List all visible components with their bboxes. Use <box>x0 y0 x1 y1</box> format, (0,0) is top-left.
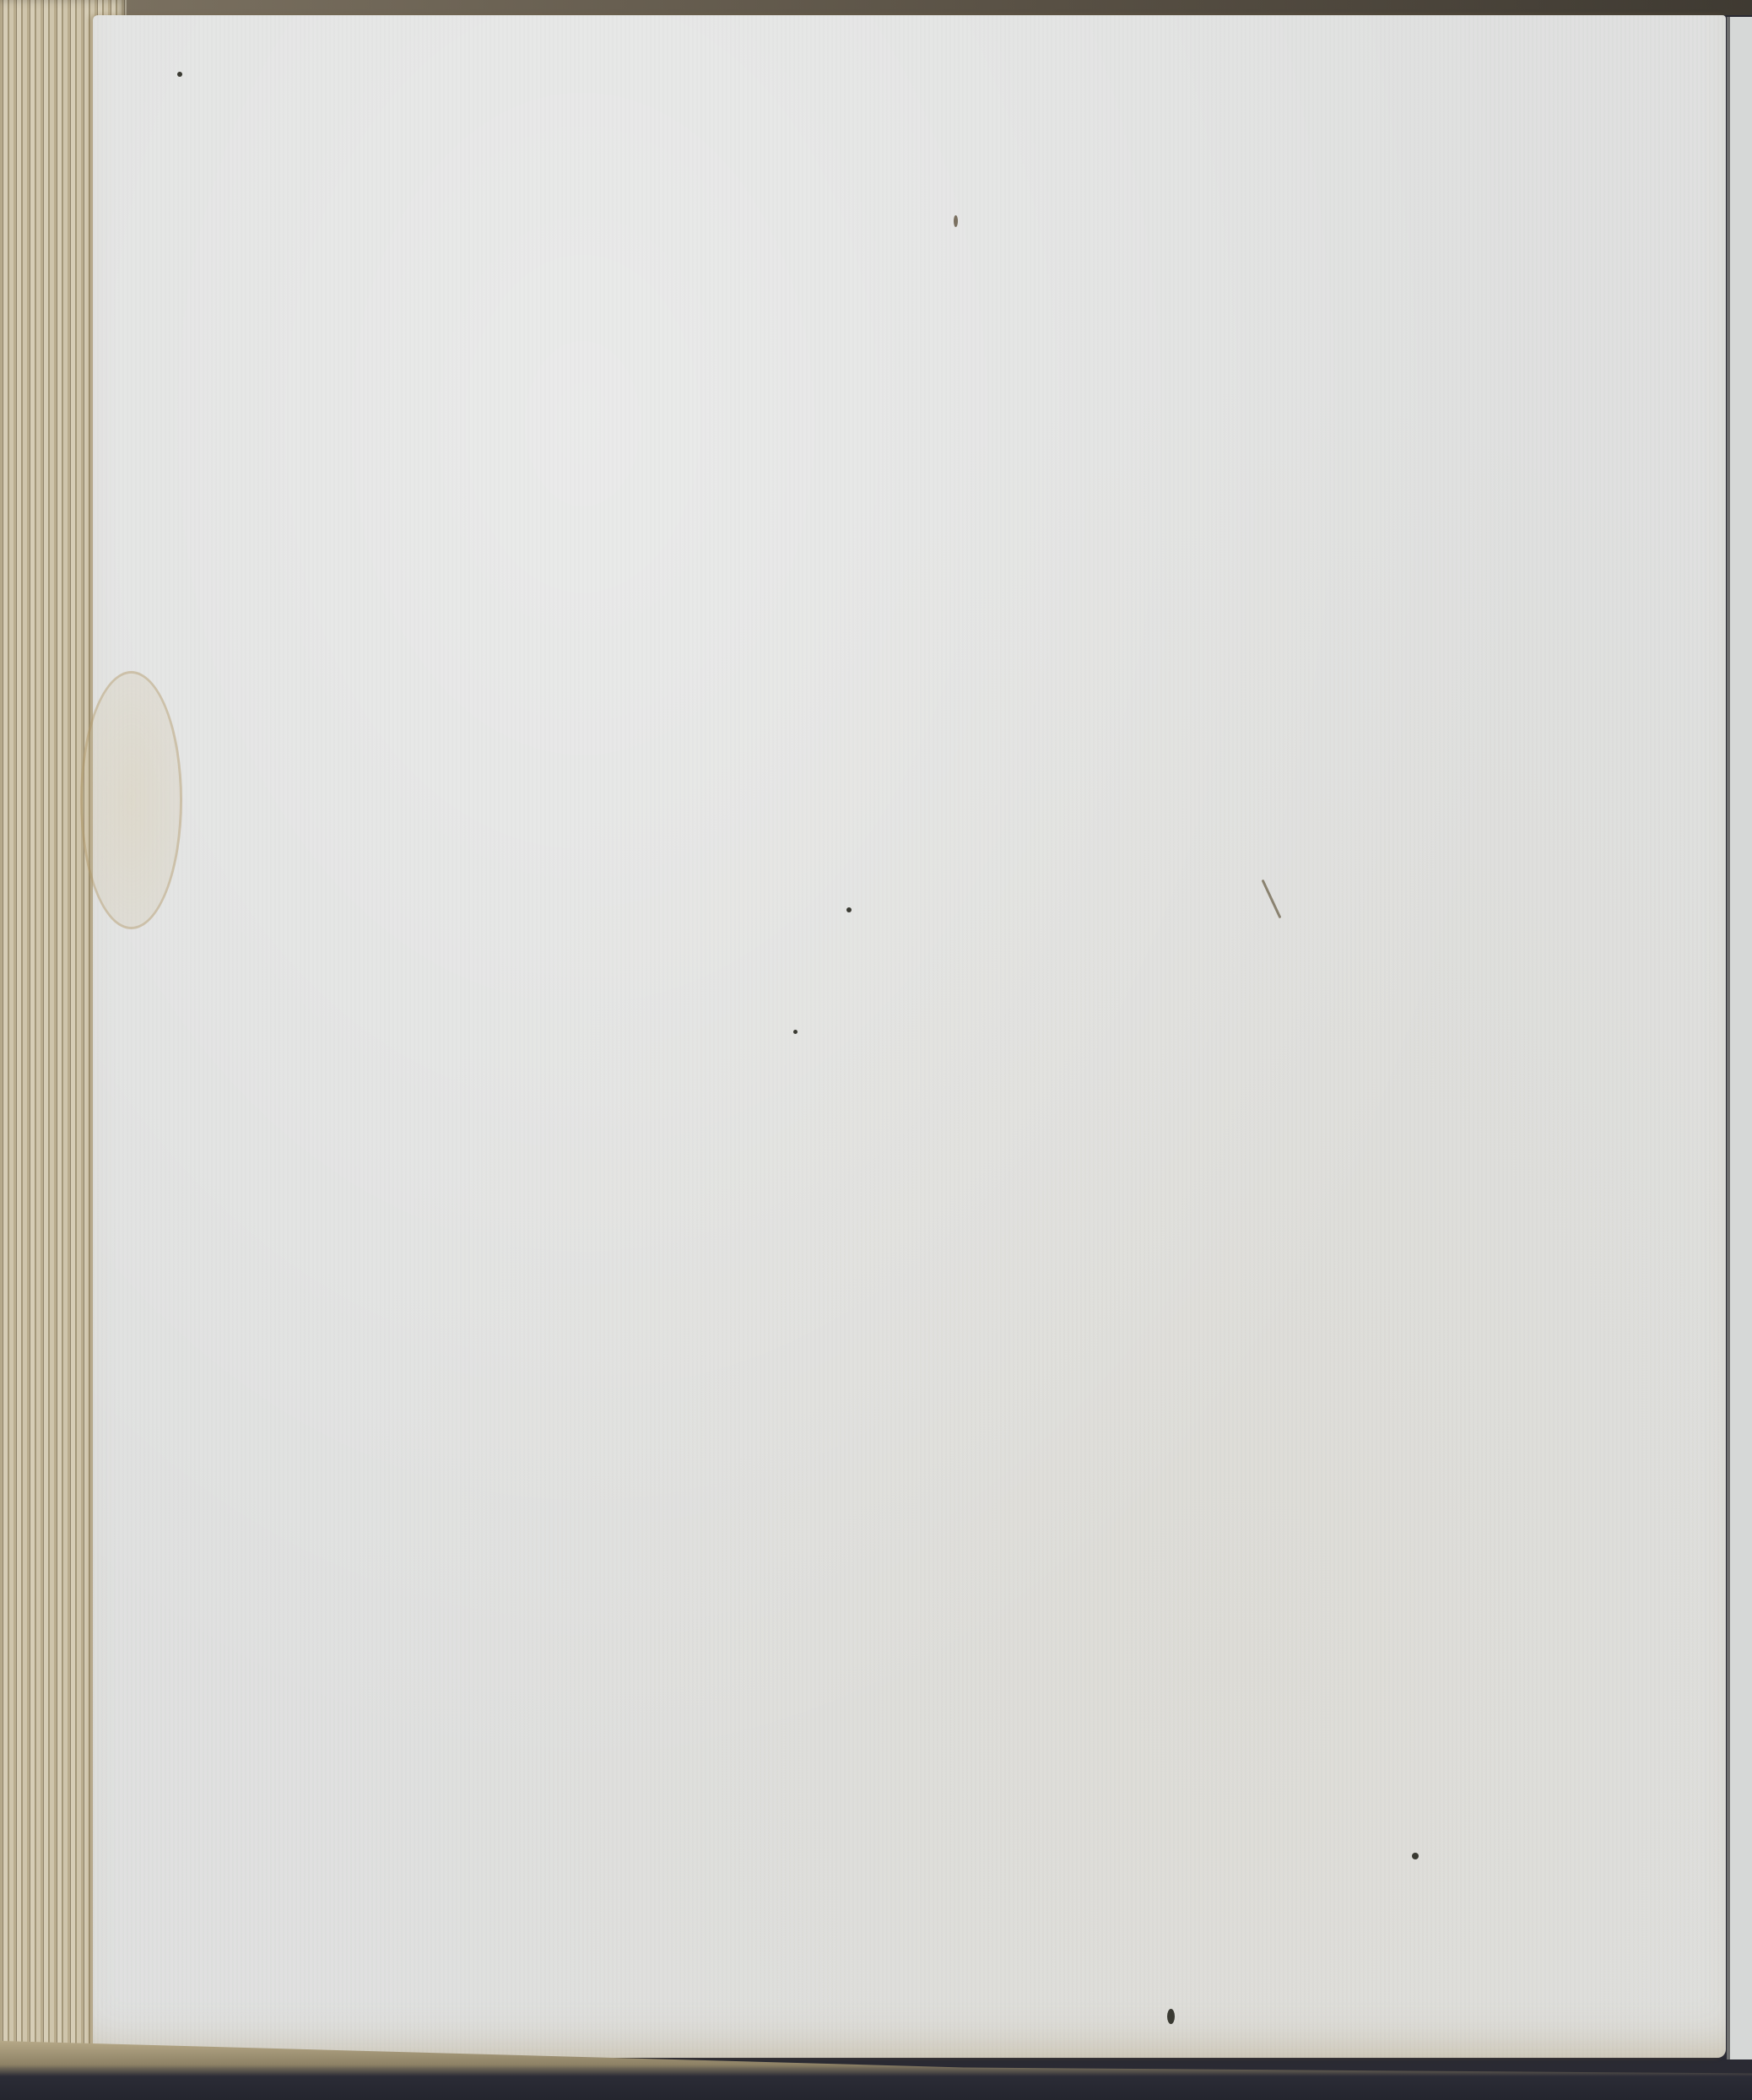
paper-speck <box>954 215 958 227</box>
paper-speck <box>1167 2009 1175 2024</box>
facing-page-edge <box>1730 17 1752 2059</box>
paper-speck <box>846 907 852 912</box>
blank-paper-page <box>93 15 1726 2058</box>
scanned-page <box>0 0 1752 2100</box>
book-top-edge <box>0 0 1752 15</box>
water-stain <box>80 671 182 929</box>
paper-speck <box>1412 1853 1419 1859</box>
paper-speck <box>177 72 182 77</box>
paper-speck <box>793 1030 798 1034</box>
